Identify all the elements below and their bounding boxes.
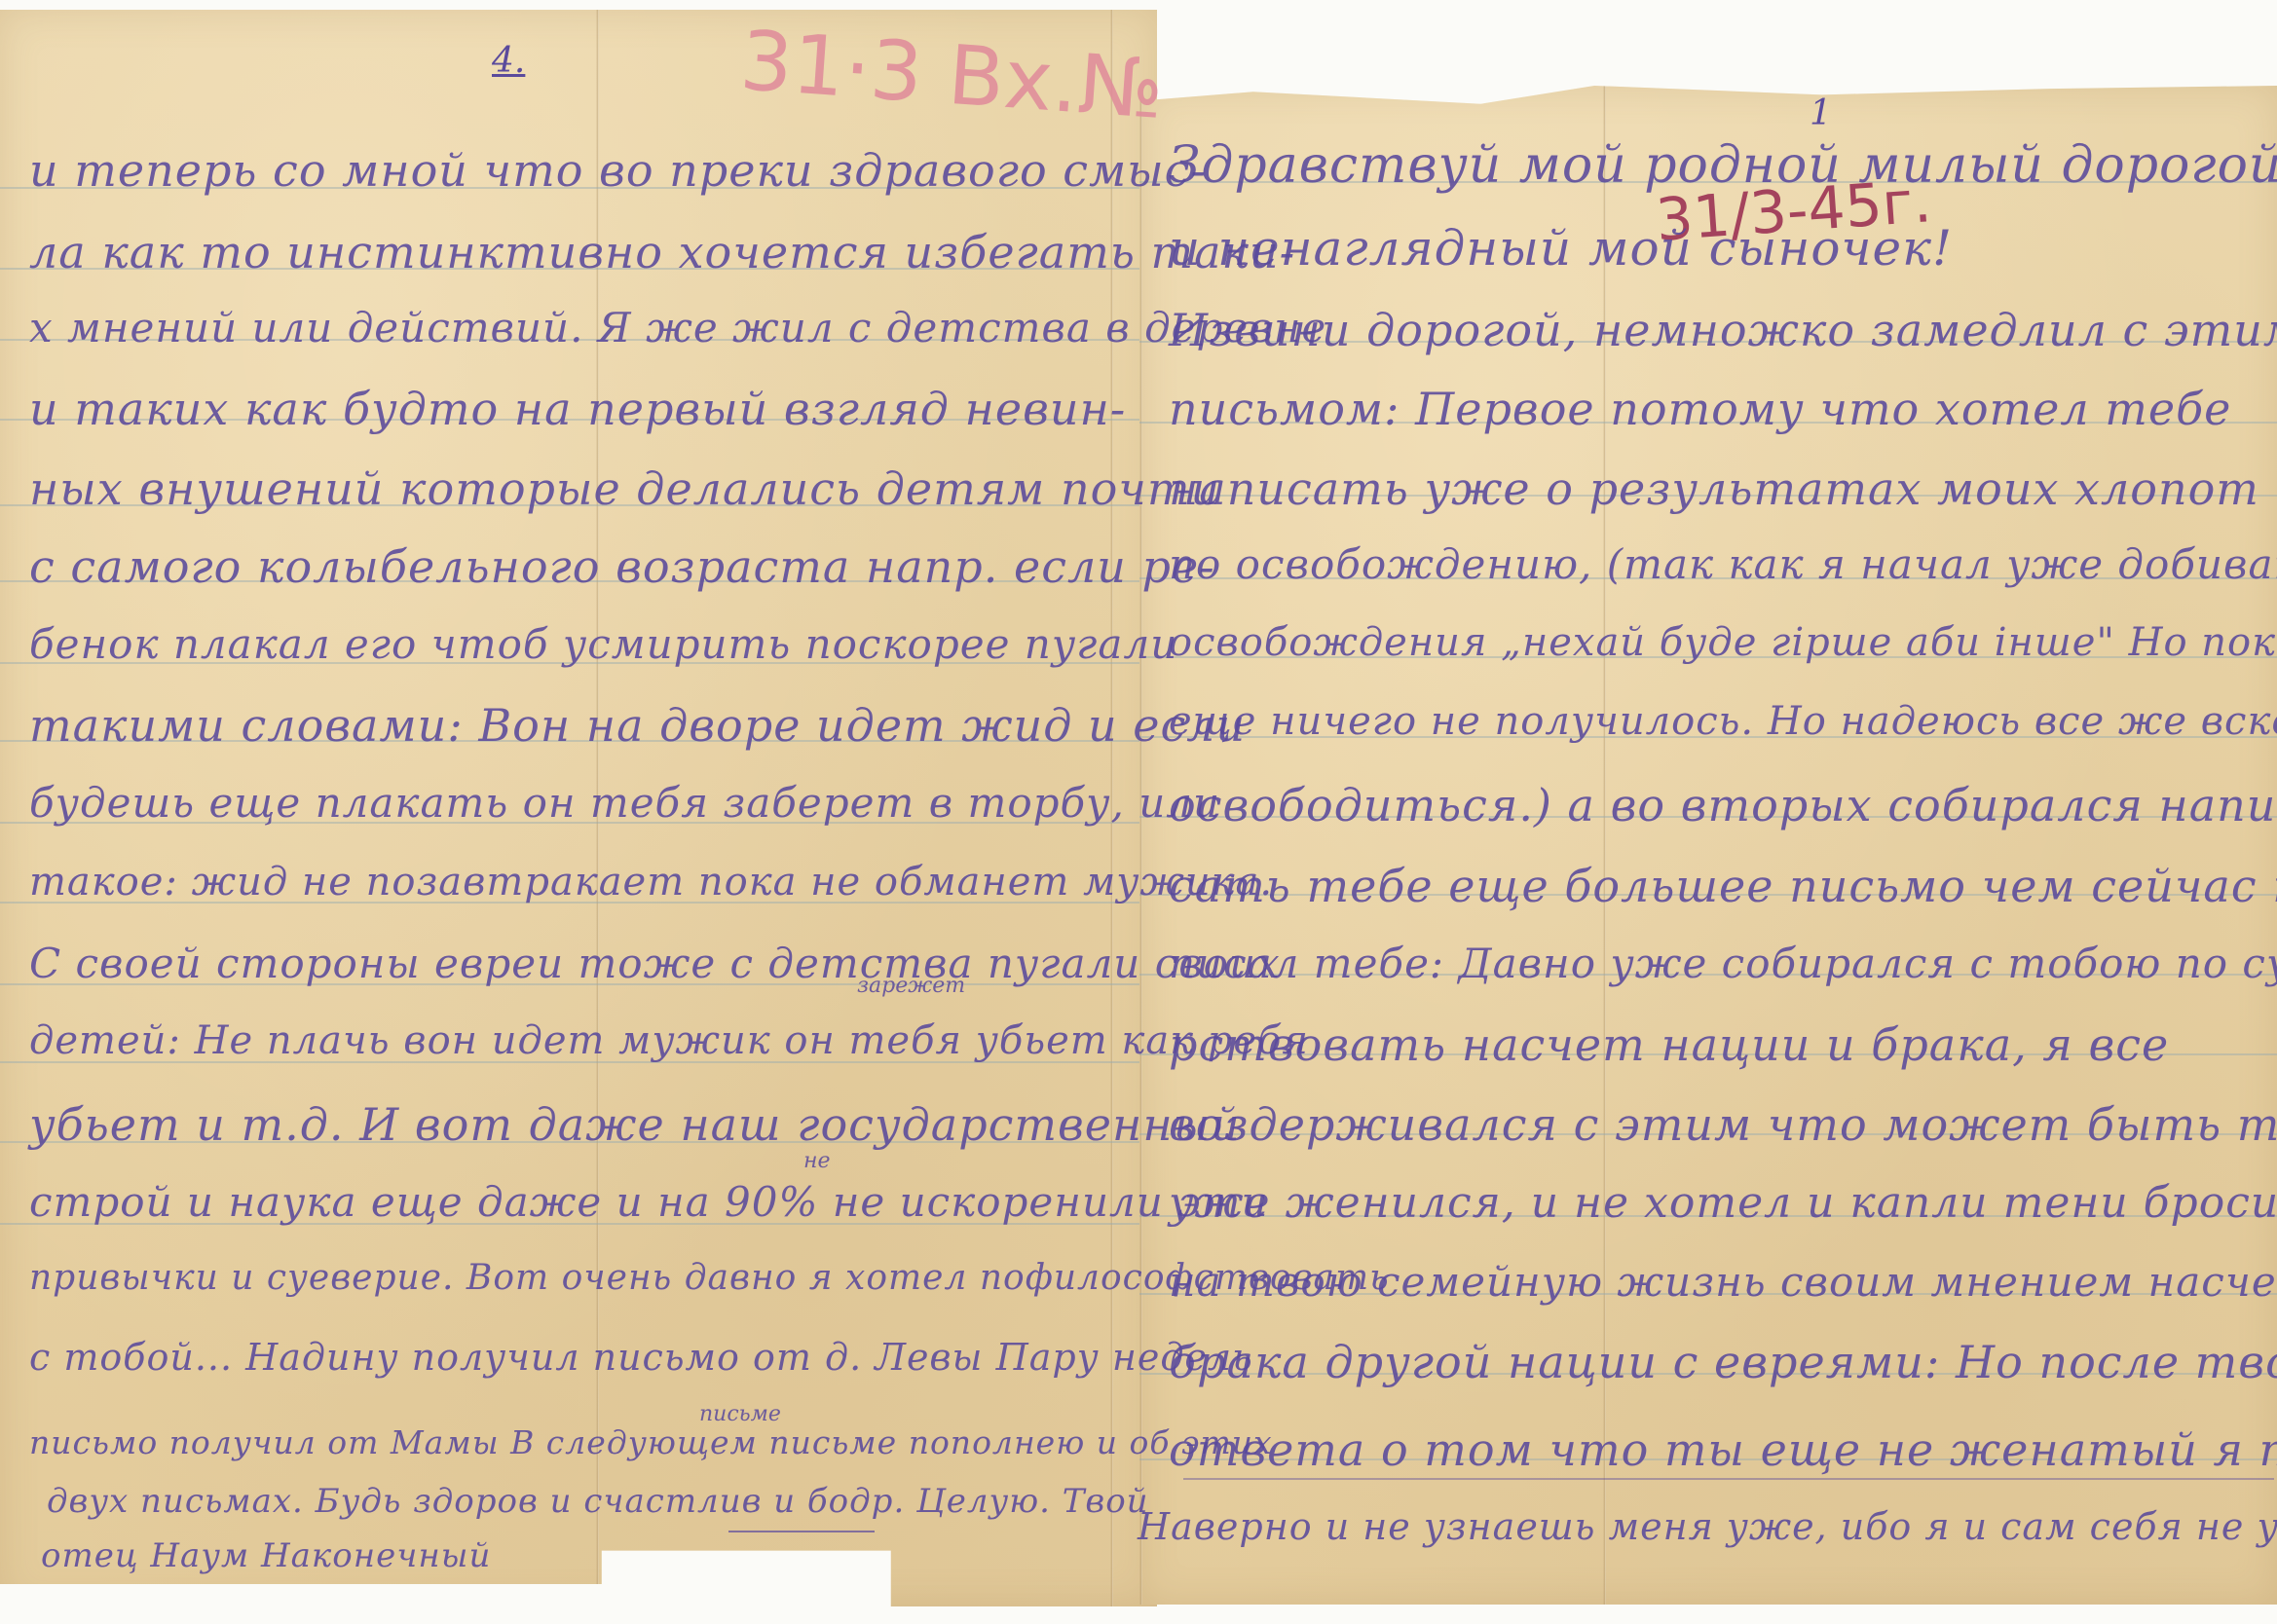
underline-mark xyxy=(728,1531,875,1532)
left-page-line: письмо получил от Мамы В следующем письм… xyxy=(29,1423,1273,1461)
right-page-greeting: Здравствуй мой родной милый дорогой xyxy=(1169,136,2277,195)
page-number-right: 1 xyxy=(1810,93,1832,133)
scanned-document: 4. 1 31·3 Вх.№ 31/3-45г. и теперь со мно… xyxy=(0,0,2277,1624)
left-page-line: С своей стороны евреи тоже с детства пуг… xyxy=(29,940,1281,987)
left-page-line: такое: жид не позавтракает пока не обман… xyxy=(29,860,1273,904)
left-page-line: ных внушений которые делались детям почт… xyxy=(29,462,1220,515)
left-page-line: будешь еще плакать он тебя заберет в тор… xyxy=(29,779,1220,827)
right-page-line: воздерживался с этим что может быть ты xyxy=(1169,1098,2277,1151)
right-page-line: еще ничего не получилось. Но надеюсь все… xyxy=(1169,699,2277,744)
left-page-line: бенок плакал его чтоб усмирить поскорее … xyxy=(29,620,1177,668)
right-page-line: Наверно и не узнаешь меня уже, ибо я и с… xyxy=(1138,1505,2277,1548)
right-page-line: по освобождению, (так как я начал уже до… xyxy=(1169,540,2277,588)
left-page-line: строй и наука еще даже и на 90% не искор… xyxy=(29,1178,1269,1226)
left-page-line: двух письмах. Будь здоров и счастлив и б… xyxy=(47,1482,1149,1521)
right-page-line: брака другой нации с евреями: Но после т… xyxy=(1169,1336,2277,1388)
left-page-line: детей: Не плачь вон идет мужик он тебя у… xyxy=(29,1018,1309,1063)
right-page-line: освободиться.) а во вторых собирался нап… xyxy=(1169,779,2277,831)
left-page-line: с тобой... Надину получил письмо от д. Л… xyxy=(29,1336,1253,1379)
right-page-line: писал тебе: Давно уже собирался с тобою … xyxy=(1169,940,2277,987)
right-page-line: письмом: Первое потому что хотел тебе xyxy=(1169,383,2231,435)
right-page-line: написать уже о результатах моих хлопот xyxy=(1169,462,2259,515)
right-page-greeting: и ненаглядный мой сыночек! xyxy=(1169,220,1953,277)
right-page-line: ответа о том что ты еще не женатый я пиш… xyxy=(1169,1423,2277,1476)
left-page-line: х мнений или действий. Я же жил с детств… xyxy=(29,304,1326,351)
right-page-line: уже женился, и не хотел и капли тени бро… xyxy=(1169,1178,2277,1228)
right-page-line: Извини дорогой, немножко замедлил с этим xyxy=(1169,304,2277,356)
left-page-line: убьет и т.д. И вот даже наш государствен… xyxy=(29,1098,1241,1151)
left-page-line: и таких как будто на первый взгляд невин… xyxy=(29,383,1126,435)
interlinear-note: зарежет xyxy=(857,974,965,998)
right-page-line: рствовать насчет нации и брака, я все xyxy=(1169,1018,2169,1071)
left-page-line: с самого колыбельного возраста напр. есл… xyxy=(29,540,1215,593)
right-page-line: на твою семейную жизнь своим мнением нас… xyxy=(1169,1258,2277,1306)
right-page-line: освобождения „нехай буде гірше аби інше"… xyxy=(1169,620,2277,665)
left-page-line: такими словами: Вон на дворе идет жид и … xyxy=(29,699,1246,752)
left-page-signature: отец Наум Наконечный xyxy=(41,1536,491,1575)
left-page-line: ла как то инстинктивно хочется избегать … xyxy=(29,226,1295,278)
left-page-line: и теперь со мной что во преки здравого с… xyxy=(29,144,1149,197)
page-number-left: 4. xyxy=(492,41,525,81)
right-page-line: сать тебе еще большее письмо чем сейчас … xyxy=(1169,860,2277,912)
underline-mark xyxy=(1183,1478,2274,1480)
interlinear-note: не xyxy=(803,1149,831,1173)
